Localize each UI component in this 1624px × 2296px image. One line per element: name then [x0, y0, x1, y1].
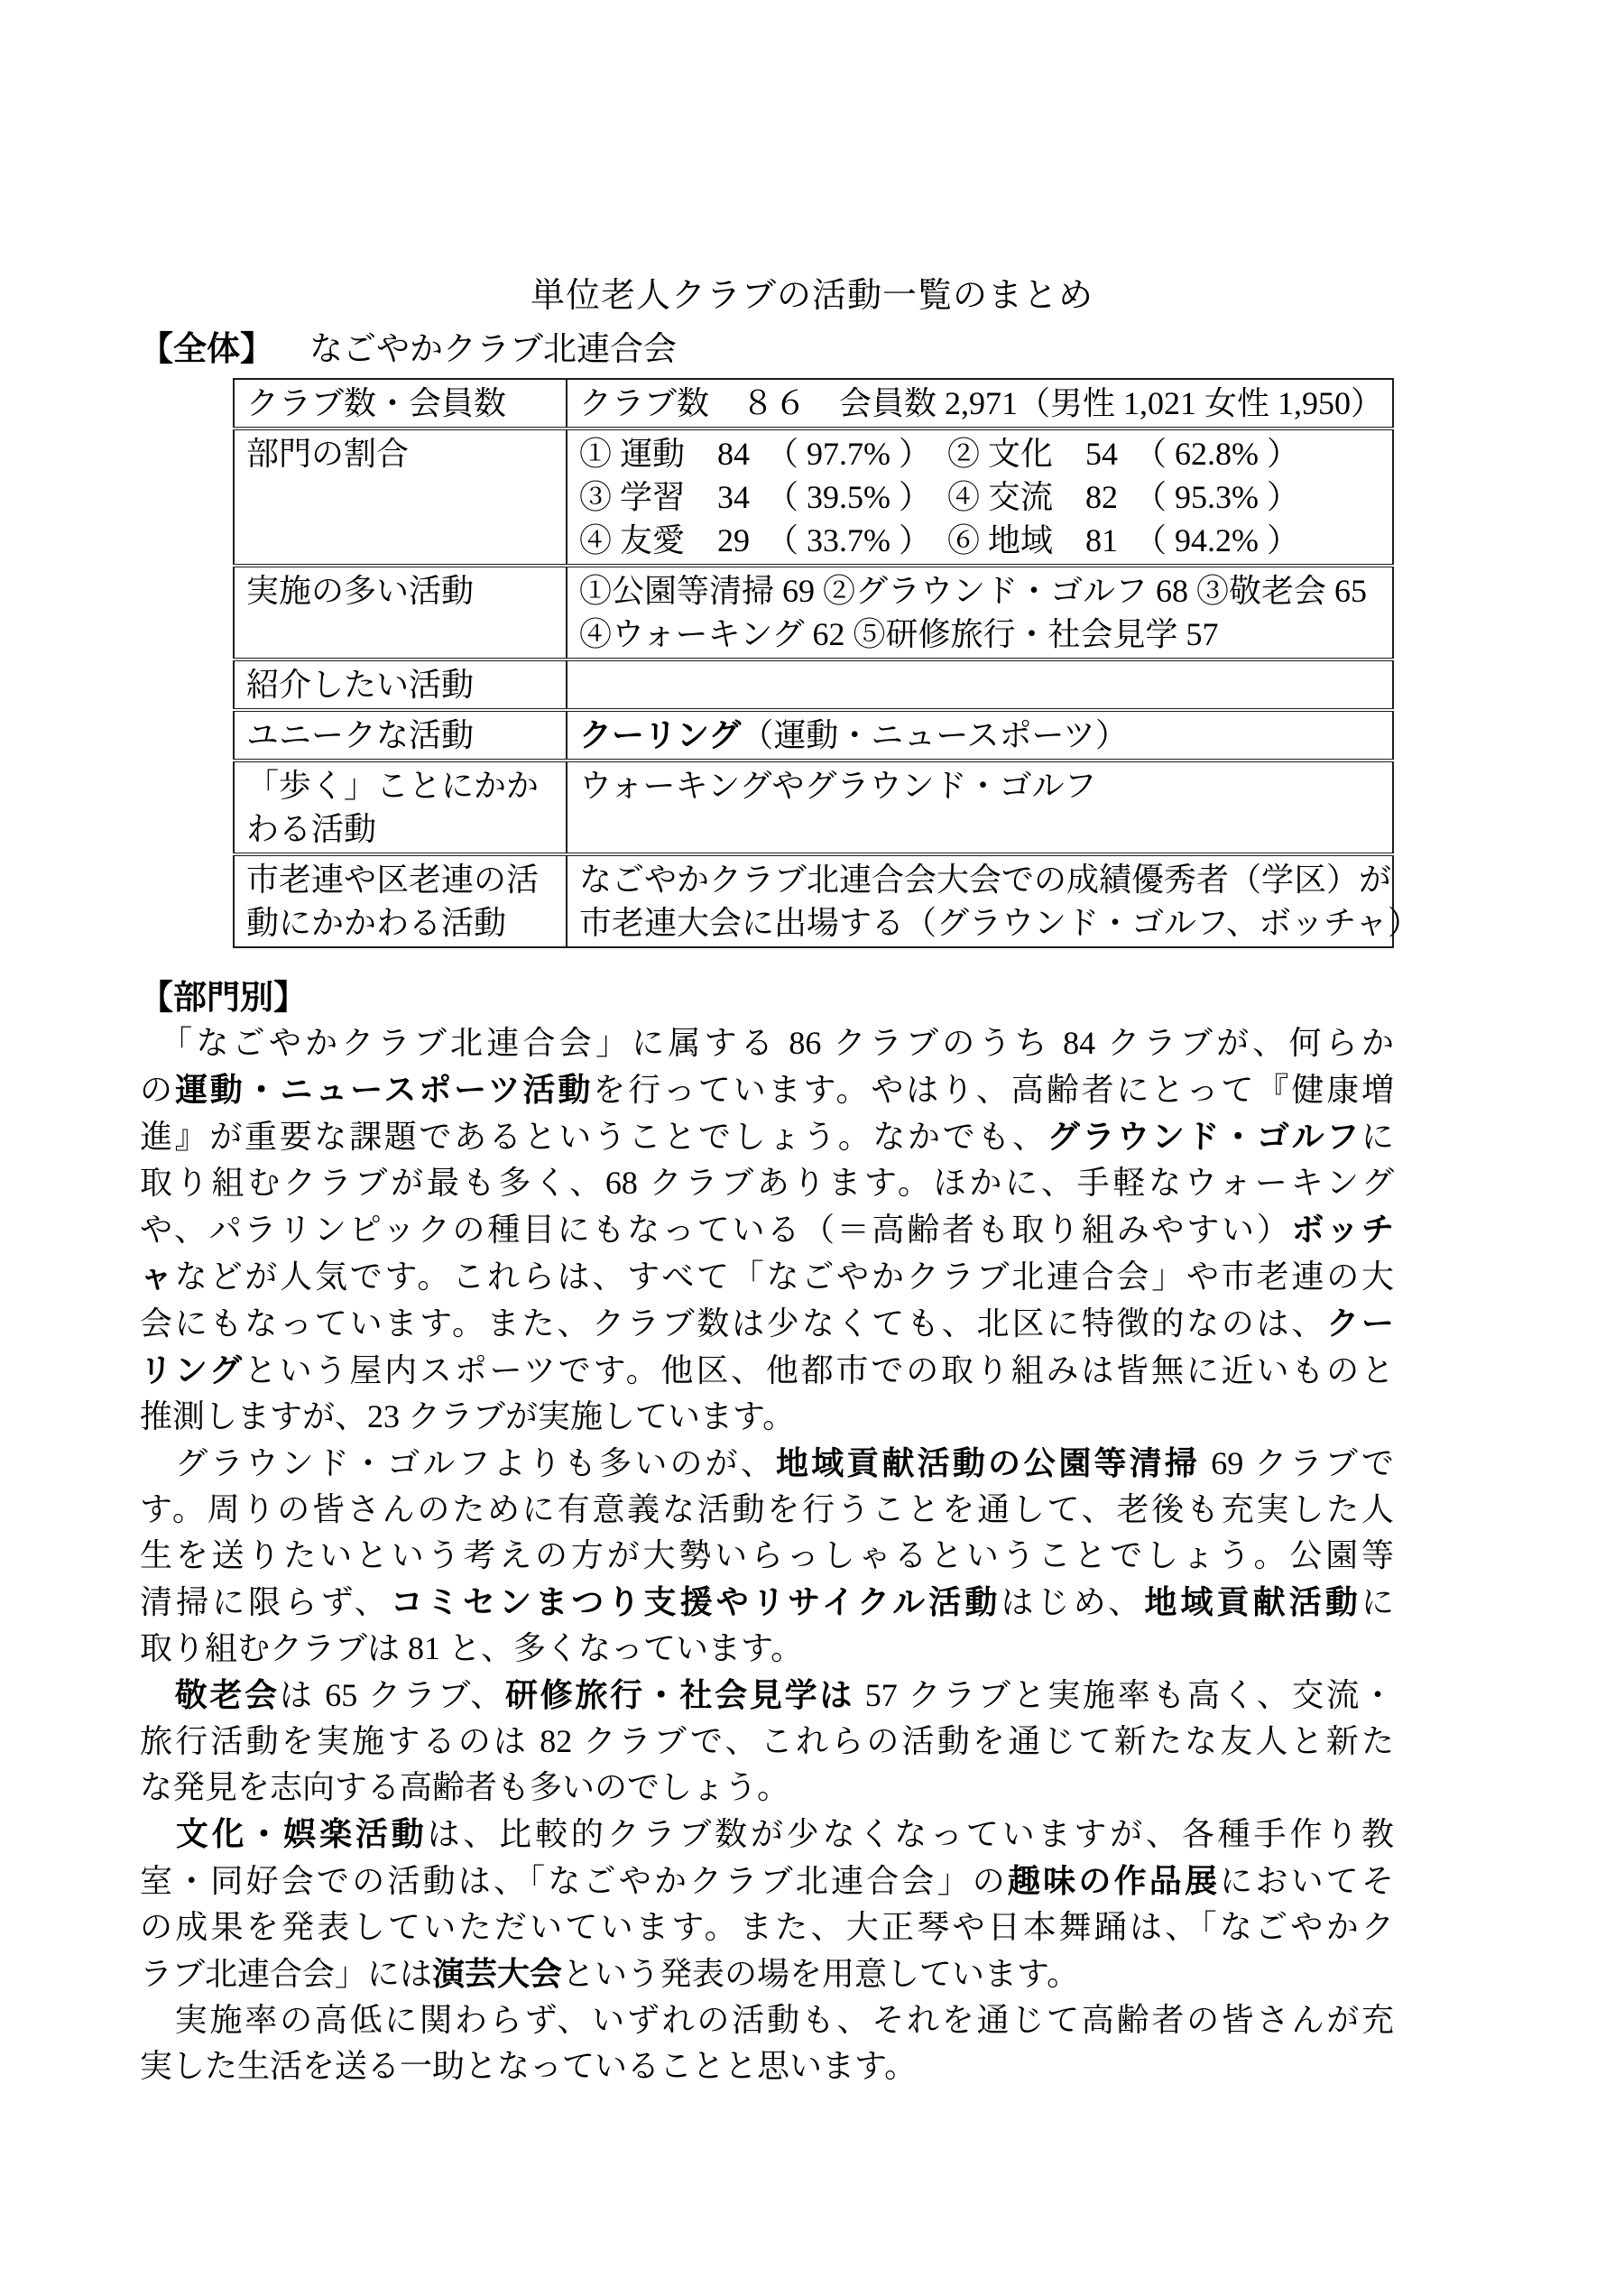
row-content-cell: クラブ数 ８６ 会員数 2,971（男性 1,021 女性 1,950）	[567, 379, 1393, 429]
content-line: クーリング（運動・ニュースポーツ）	[579, 714, 1380, 757]
content-line: ウォーキングやグラウンド・ゴルフ	[579, 764, 1380, 807]
bold-term: 敬老会	[175, 1676, 280, 1713]
text-run: を行っています。やはり、高齢者にとって『健康増	[593, 1072, 1394, 1108]
text-run: ①公園等清掃 69 ②グラウンド・ゴルフ 68 ③敬老会 65	[579, 573, 1367, 609]
text-run: 進』が重要な課題であるということでしょう。なかでも、	[140, 1119, 1047, 1155]
row-label-cell: 実施の多い活動	[234, 566, 567, 659]
label-line: 「歩く」ことにかか	[246, 764, 554, 807]
bold-term: クー	[1326, 1305, 1394, 1342]
paragraph: 「なごやかクラブ北連合会」に属する 86 クラブのうち 84 クラブが、何らかの…	[140, 1020, 1394, 1440]
bold-term: ボッチ	[1292, 1211, 1395, 1248]
content-line: なごやかクラブ北連合会大会での成績優秀者（学区）が	[579, 858, 1380, 901]
body-line: 室・同好会での活動は、「なごやかクラブ北連合会」の趣味の作品展においてそ	[140, 1858, 1394, 1904]
row-label-cell: クラブ数・会員数	[234, 379, 567, 429]
row-content-cell: ① 運動 84 （ 97.7% ） ② 文化 54 （ 62.8% ）③ 学習 …	[567, 429, 1393, 566]
label-line: 実施の多い活動	[246, 569, 554, 613]
paragraph: 実施率の高低に関わらず、いずれの活動も、それを通じて高齢者の皆さんが充実した生活…	[140, 1997, 1394, 2089]
text-run: 実した生活を送る一助となっていることと思います。	[140, 2048, 917, 2084]
body-line: 実施率の高低に関わらず、いずれの活動も、それを通じて高齢者の皆さんが充	[140, 1997, 1394, 2043]
text-run: に	[1361, 1584, 1394, 1620]
paragraph: 文化・娯楽活動は、比較的クラブ数が少なくなっていますが、各種手作り教室・同好会で…	[140, 1811, 1394, 1997]
section-paragraphs: 「なごやかクラブ北連合会」に属する 86 クラブのうち 84 クラブが、何らかの…	[140, 1020, 1394, 2089]
body-line: の成果を発表していただいています。また、大正琴や日本舞踊は、「なごやかク	[140, 1904, 1394, 1950]
text-run: 生を送りたいという考えの方が大勢いらっしゃるということでしょう。公園等	[140, 1537, 1394, 1573]
body-line: な発見を志向する高齢者も多いのでしょう。	[140, 1765, 1394, 1811]
body-line: 旅行活動を実施するのは 82 クラブで、これらの活動を通じて新たな友人と新た	[140, 1719, 1394, 1765]
body-line: 実した生活を送る一助となっていることと思います。	[140, 2043, 1394, 2089]
body-line: 推測しますが、23 クラブが実施しています。	[140, 1394, 1394, 1440]
bold-term: 運動・ニュースポーツ活動	[175, 1071, 593, 1108]
text-run: ラブ北連合会」には	[140, 1956, 432, 1992]
body-line: 「なごやかクラブ北連合会」に属する 86 クラブのうち 84 クラブが、何らか	[140, 1020, 1394, 1066]
page-title: 単位老人クラブの活動一覧のまとめ	[0, 0, 1624, 316]
table-row: 市老連や区老連の活動にかかわる活動なごやかクラブ北連合会大会での成績優秀者（学区…	[234, 854, 1393, 947]
content-line: ④ウォーキング 62 ⑤研修旅行・社会見学 57	[579, 613, 1380, 656]
paragraph: グラウンド・ゴルフよりも多いのが、地域貢献活動の公園等清掃 69 クラブです。周…	[140, 1440, 1394, 1672]
row-content-cell: クーリング（運動・ニュースポーツ）	[567, 710, 1393, 761]
text-run: という発表の場を用意しています。	[562, 1956, 1079, 1992]
table-row: 「歩く」ことにかかわる活動ウォーキングやグラウンド・ゴルフ	[234, 761, 1393, 854]
body-line: 進』が重要な課題であるということでしょう。なかでも、グラウンド・ゴルフに	[140, 1113, 1394, 1160]
overall-heading-line: 【全体】なごやかクラブ北連合会	[140, 328, 1624, 371]
text-run: に	[1361, 1119, 1394, 1155]
bold-term: コミセンまつり支援やリサイクル活動	[391, 1583, 1001, 1620]
text-run: ① 運動 84 （ 97.7% ） ② 文化 54 （ 62.8% ）	[579, 436, 1299, 472]
body-line: 文化・娯楽活動は、比較的クラブ数が少なくなっていますが、各種手作り教	[140, 1811, 1394, 1858]
row-label-cell: ユニークな活動	[234, 710, 567, 761]
text-run: 会にもなっています。また、クラブ数は少なくても、北区に特徴的なのは、	[140, 1305, 1326, 1342]
bold-term: クーリング	[579, 716, 741, 753]
label-line: 動にかかわる活動	[246, 901, 554, 945]
text-run	[140, 1677, 175, 1713]
row-label-cell: 市老連や区老連の活動にかかわる活動	[234, 854, 567, 947]
label-line: 市老連や区老連の活	[246, 858, 554, 901]
text-run: 69 クラブで	[1200, 1445, 1394, 1481]
table-row: 部門の割合① 運動 84 （ 97.7% ） ② 文化 54 （ 62.8% ）…	[234, 429, 1393, 566]
text-run: 旅行活動を実施するのは 82 クラブで、これらの活動を通じて新たな友人と新た	[140, 1723, 1394, 1759]
text-run: な発見を志向する高齢者も多いのでしょう。	[140, 1769, 789, 1805]
body-line: 取り組むクラブは 81 と、多くなっています。	[140, 1626, 1394, 1672]
label-line: クラブ数・会員数	[246, 382, 554, 425]
body-line: 清掃に限らず、コミセンまつり支援やリサイクル活動はじめ、地域貢献活動に	[140, 1579, 1394, 1626]
text-run: 室・同好会での活動は、「なごやかクラブ北連合会」の	[140, 1863, 1008, 1899]
summary-table-body: クラブ数・会員数クラブ数 ８６ 会員数 2,971（男性 1,021 女性 1,…	[234, 379, 1393, 947]
content-line: 市老連大会に出場する（グラウンド・ゴルフ、ボッチャ）	[579, 901, 1380, 945]
body-line: グラウンド・ゴルフよりも多いのが、地域貢献活動の公園等清掃 69 クラブで	[140, 1440, 1394, 1487]
label-line: ユニークな活動	[246, 714, 554, 757]
body-line: ラブ北連合会」には演芸大会という発表の場を用意しています。	[140, 1950, 1394, 1997]
text-run: 清掃に限らず、	[140, 1584, 391, 1620]
text-run: 取り組むクラブは 81 と、多くなっています。	[140, 1630, 803, 1666]
bold-term: ャ	[140, 1258, 175, 1295]
text-run: ④ウォーキング 62 ⑤研修旅行・社会見学 57	[579, 616, 1218, 652]
content-line: ④ 友愛 29 （ 33.7% ） ⑥ 地域 81 （ 94.2% ）	[579, 519, 1380, 562]
text-run: の成果を発表していただいています。また、大正琴や日本舞踊は、「なごやかク	[140, 1909, 1394, 1945]
bold-term: 地域貢献活動の公園等清掃	[776, 1444, 1200, 1481]
bold-term: 研修旅行・社会見学は	[505, 1676, 854, 1713]
text-run: 取り組むクラブが最も多く、68 クラブあります。ほかに、手軽なウォーキング	[140, 1165, 1394, 1201]
text-run	[140, 1816, 176, 1852]
body-line: 生を送りたいという考えの方が大勢いらっしゃるということでしょう。公園等	[140, 1533, 1394, 1579]
table-row: クラブ数・会員数クラブ数 ８６ 会員数 2,971（男性 1,021 女性 1,…	[234, 379, 1393, 429]
bold-term: 地域貢献活動	[1144, 1583, 1361, 1620]
content-line: クラブ数 ８６ 会員数 2,971（男性 1,021 女性 1,950）	[579, 382, 1380, 425]
text-run: 推測しますが、23 クラブが実施しています。	[140, 1398, 795, 1434]
row-label-cell: 部門の割合	[234, 429, 567, 566]
paragraph: 敬老会は 65 クラブ、研修旅行・社会見学は 57 クラブと実施率も高く、交流・…	[140, 1672, 1394, 1811]
table-row: 紹介したい活動	[234, 659, 1393, 710]
body-line: ャなどが人気です。これらは、すべて「なごやかクラブ北連合会」や市老連の大	[140, 1253, 1394, 1300]
body-line: 取り組むクラブが最も多く、68 クラブあります。ほかに、手軽なウォーキング	[140, 1160, 1394, 1206]
overall-summary-table: クラブ数・会員数クラブ数 ８６ 会員数 2,971（男性 1,021 女性 1,…	[233, 378, 1394, 948]
overall-bracket-heading: 【全体】	[140, 330, 273, 367]
label-line: 紹介したい活動	[246, 663, 554, 706]
text-run: す。周りの皆さんのために有意義な活動を行うことを通して、老後も充実した人	[140, 1491, 1394, 1527]
content-line: ①公園等清掃 69 ②グラウンド・ゴルフ 68 ③敬老会 65	[579, 569, 1380, 613]
text-run: はじめ、	[1001, 1584, 1144, 1620]
label-line: わる活動	[246, 807, 554, 851]
text-run: や、パラリンピックの種目にもなっている（＝高齢者も取り組みやすい）	[140, 1212, 1292, 1248]
bold-term: グラウンド・ゴルフ	[1047, 1118, 1361, 1155]
bold-term: 趣味の作品展	[1008, 1862, 1220, 1899]
text-run: ③ 学習 34 （ 39.5% ） ④ 交流 82 （ 95.3% ）	[579, 479, 1299, 515]
text-run: という屋内スポーツです。他区、他都市での取り組みは皆無に近いものと	[245, 1352, 1394, 1388]
row-content-cell: ウォーキングやグラウンド・ゴルフ	[567, 761, 1393, 854]
row-label-cell: 「歩く」ことにかかわる活動	[234, 761, 567, 854]
body-line: リングという屋内スポーツです。他区、他都市での取り組みは皆無に近いものと	[140, 1347, 1394, 1394]
row-content-cell	[567, 659, 1393, 710]
body-line: す。周りの皆さんのために有意義な活動を行うことを通して、老後も充実した人	[140, 1487, 1394, 1533]
text-run: 57 クラブと実施率も高く、交流・	[854, 1677, 1394, 1713]
text-run: ④ 友愛 29 （ 33.7% ） ⑥ 地域 81 （ 94.2% ）	[579, 522, 1299, 558]
bold-term: リング	[140, 1351, 245, 1388]
bold-term: 演芸大会	[432, 1955, 562, 1992]
body-line: 会にもなっています。また、クラブ数は少なくても、北区に特徴的なのは、クー	[140, 1300, 1394, 1347]
text-run: は、比較的クラブ数が少なくなっていますが、各種手作り教	[428, 1816, 1394, 1852]
bold-term: 文化・娯楽活動	[176, 1815, 428, 1852]
text-run: などが人気です。これらは、すべて「なごやかクラブ北連合会」や市老連の大	[175, 1259, 1394, 1295]
row-content-cell: なごやかクラブ北連合会大会での成績優秀者（学区）が市老連大会に出場する（グラウン…	[567, 854, 1393, 947]
text-run: なごやかクラブ北連合会大会での成績優秀者（学区）が	[579, 862, 1391, 898]
body-line: の運動・ニュースポーツ活動を行っています。やはり、高齢者にとって『健康増	[140, 1066, 1394, 1113]
label-line: 部門の割合	[246, 432, 554, 475]
text-run: の	[140, 1072, 175, 1108]
text-run: （運動・ニュースポーツ）	[741, 717, 1128, 753]
row-label-cell: 紹介したい活動	[234, 659, 567, 710]
text-run: 市老連大会に出場する（グラウンド・ゴルフ、ボッチャ）	[579, 905, 1420, 941]
text-run: グラウンド・ゴルフよりも多いのが、	[140, 1445, 776, 1481]
section-heading: 【部門別】	[140, 975, 1624, 1020]
overall-org-name: なごやかクラブ北連合会	[309, 331, 677, 368]
table-row: ユニークな活動クーリング（運動・ニュースポーツ）	[234, 710, 1393, 761]
text-run: においてそ	[1220, 1863, 1394, 1899]
content-line: ③ 学習 34 （ 39.5% ） ④ 交流 82 （ 95.3% ）	[579, 475, 1380, 519]
document-page: 単位老人クラブの活動一覧のまとめ 【全体】なごやかクラブ北連合会 クラブ数・会員…	[0, 0, 1624, 2296]
table-row: 実施の多い活動①公園等清掃 69 ②グラウンド・ゴルフ 68 ③敬老会 65④ウ…	[234, 566, 1393, 659]
text-run: 「なごやかクラブ北連合会」に属する 86 クラブのうち 84 クラブが、何らか	[140, 1025, 1394, 1061]
text-run: クラブ数 ８６ 会員数 2,971（男性 1,021 女性 1,950）	[579, 385, 1383, 421]
content-line: ① 運動 84 （ 97.7% ） ② 文化 54 （ 62.8% ）	[579, 432, 1380, 475]
body-line: 敬老会は 65 クラブ、研修旅行・社会見学は 57 クラブと実施率も高く、交流・	[140, 1672, 1394, 1719]
text-run: 実施率の高低に関わらず、いずれの活動も、それを通じて高齢者の皆さんが充	[140, 2002, 1394, 2038]
body-line: や、パラリンピックの種目にもなっている（＝高齢者も取り組みやすい）ボッチ	[140, 1206, 1394, 1253]
row-content-cell: ①公園等清掃 69 ②グラウンド・ゴルフ 68 ③敬老会 65④ウォーキング 6…	[567, 566, 1393, 659]
text-run: ウォーキングやグラウンド・ゴルフ	[579, 768, 1096, 804]
text-run: は 65 クラブ、	[280, 1677, 505, 1713]
